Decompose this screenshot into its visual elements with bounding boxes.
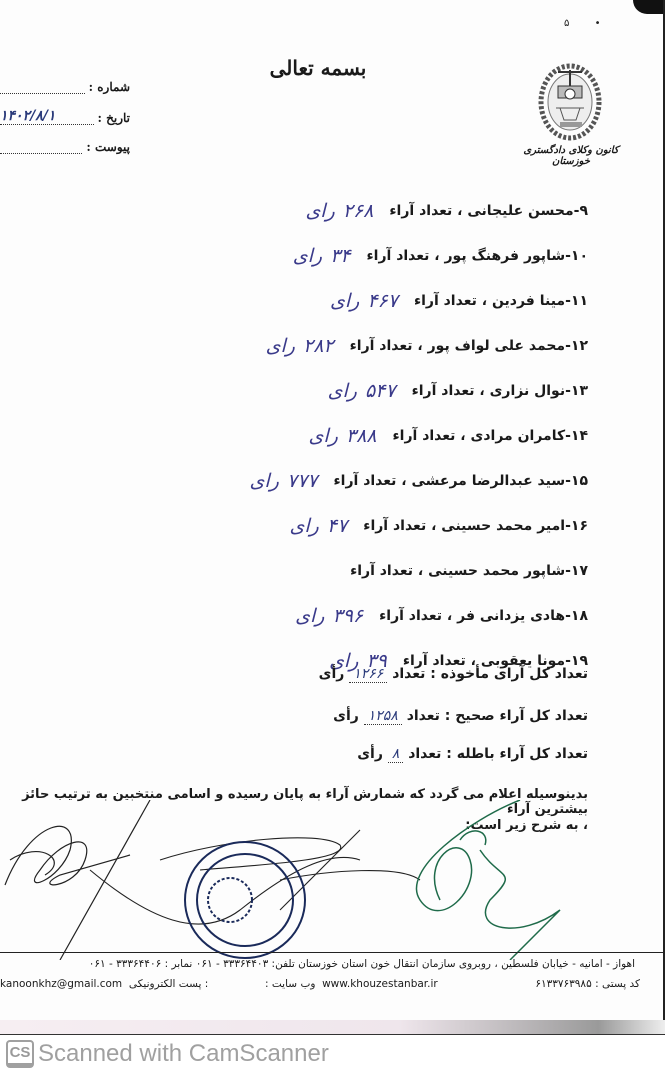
- signature-left: [5, 800, 150, 960]
- vote-unit: رای: [330, 290, 359, 312]
- vote-unit: رای: [328, 380, 357, 402]
- candidate-index: ۱۲: [571, 338, 588, 354]
- page-title: بسمه تعالی: [268, 56, 368, 80]
- attachment-label: پیوست :: [86, 140, 130, 154]
- votes-label: تعداد آراء: [393, 428, 456, 444]
- vote-count: ۷۷۷: [287, 470, 318, 492]
- candidate-index: ۱۳: [571, 383, 588, 399]
- votes-label: تعداد آراء: [367, 248, 430, 264]
- scanned-page: ۵ • بسمه تعالی کانون وکلای دادگستری خوزس…: [0, 0, 665, 1035]
- candidate-name: مینا فردین: [492, 293, 565, 309]
- total-void-value: ۸: [388, 746, 404, 763]
- votes-label: تعداد آراء: [363, 518, 426, 534]
- date-label: تاریخ :: [98, 111, 130, 125]
- bar-association-emblem-icon: [538, 58, 602, 142]
- candidate-name: شاپور محمد حسینی: [428, 563, 565, 579]
- total-unit: رأی: [333, 708, 359, 724]
- vote-unit: رای: [250, 470, 279, 492]
- total-void-votes: تعداد کل آراء باطله : تعداد ۸ رأی: [228, 746, 588, 762]
- email-label: پست الکترونیکی :: [129, 978, 208, 990]
- candidate-name: نوال نزاری: [490, 383, 566, 399]
- candidate-index: ۱۵: [571, 473, 588, 489]
- candidate-index: ۱۰: [571, 248, 588, 264]
- email-link[interactable]: kanoonkhz@gmail.com: [0, 978, 122, 990]
- postal-label: کد پستی :: [595, 978, 640, 990]
- camscanner-logo-icon: CS: [6, 1040, 34, 1068]
- official-stamp: [185, 842, 305, 958]
- candidate-name: امیر محمد حسینی: [441, 518, 565, 534]
- attachment-field: پیوست :: [0, 140, 130, 154]
- candidate-index: ۱۷: [571, 563, 588, 579]
- candidate-row: ۱۷-شاپور محمد حسینی ، تعداد آراء: [228, 548, 588, 593]
- postal-code: کد پستی : ۶۱۳۳۷۶۳۹۸۵: [535, 978, 640, 990]
- camscanner-watermark: CS Scanned with CamScanner: [6, 1040, 329, 1068]
- vote-unit: رای: [305, 200, 334, 222]
- scan-shadow: [0, 1020, 665, 1034]
- votes-label: تعداد آراء: [412, 383, 475, 399]
- candidate-row: ۱۸-هادی یزدانی فر ، تعداد آراء ۳۹۶رای: [228, 593, 588, 638]
- footer-divider: [0, 952, 665, 953]
- vote-count: ۳۴: [330, 245, 350, 267]
- website: www.khouzestanbar.ir وب سایت :: [265, 978, 438, 990]
- vote-count: ۲۶۸: [343, 200, 374, 222]
- votes-label: تعداد آراء: [350, 338, 413, 354]
- candidate-index: ۱۸: [571, 608, 588, 624]
- vote-count: ۴۷: [327, 515, 347, 537]
- website-label: وب سایت :: [265, 978, 315, 990]
- camscanner-text: Scanned with CamScanner: [38, 1040, 329, 1068]
- votes-label: تعداد آراء: [350, 563, 413, 579]
- page-mark: •: [595, 18, 601, 29]
- date-field: تاریخ : ۱۴۰۲/۸/۱: [0, 108, 130, 125]
- total-valid-value: ۱۲۵۸: [364, 708, 402, 725]
- candidate-row: ۱۰-شاپور فرهنگ پور ، تعداد آراء ۳۴رای: [228, 233, 588, 278]
- candidate-index: ۱۶: [571, 518, 588, 534]
- total-cast-votes: تعداد کل آرای مأخوذه : تعداد ۱۲۶۶ رأی: [228, 666, 588, 682]
- number-line: [0, 85, 85, 94]
- announcement-text: بدینوسیله اعلام می گردد که شمارش آراء به…: [0, 787, 588, 817]
- candidate-index: ۱۴: [571, 428, 588, 444]
- candidate-name: محمد علی لواف پور: [428, 338, 565, 354]
- total-valid-label: تعداد کل آراء صحیح : تعداد: [407, 708, 588, 724]
- website-link[interactable]: www.khouzestanbar.ir: [322, 978, 438, 990]
- email: kanoonkhz@gmail.com پست الکترونیکی :: [0, 978, 208, 990]
- vote-unit: رای: [309, 425, 338, 447]
- votes-label: تعداد آراء: [414, 293, 477, 309]
- votes-label: تعداد آراء: [379, 608, 442, 624]
- total-valid-votes: تعداد کل آراء صحیح : تعداد ۱۲۵۸ رأی: [228, 708, 588, 724]
- candidate-name: کامران مرادی: [471, 428, 566, 444]
- candidate-list: ۹-محسن علیجانی ، تعداد آراء ۲۶۸رای ۱۰-شا…: [228, 188, 588, 683]
- candidate-name: شاپور فرهنگ پور: [445, 248, 566, 264]
- candidate-row: ۱۴-کامران مرادی ، تعداد آراء ۳۸۸رای: [228, 413, 588, 458]
- page-mark: ۵: [564, 18, 569, 29]
- candidate-row: ۱۶-امیر محمد حسینی ، تعداد آراء ۴۷رای: [228, 503, 588, 548]
- number-field: شماره :: [0, 80, 130, 94]
- scan-edge: [633, 0, 663, 14]
- vote-unit: رای: [293, 245, 322, 267]
- postal-value: ۶۱۳۳۷۶۳۹۸۵: [535, 978, 591, 990]
- candidate-index: ۹: [579, 203, 588, 219]
- page-marks: ۵ •: [564, 18, 622, 29]
- vote-count: ۲۸۲: [303, 335, 334, 357]
- vote-unit: رای: [266, 335, 295, 357]
- attachment-line: [0, 145, 82, 154]
- vote-unit: رای: [295, 605, 324, 627]
- total-void-label: تعداد کل آراء باطله : تعداد: [408, 746, 588, 762]
- candidate-row: ۱۵-سید عبدالرضا مرعشی ، تعداد آراء ۷۷۷را…: [228, 458, 588, 503]
- candidate-index: ۱۱: [571, 293, 588, 309]
- signature-middle: [90, 830, 420, 924]
- candidate-name: هادی یزدانی فر: [457, 608, 565, 624]
- candidate-name: محسن علیجانی: [467, 203, 573, 219]
- candidate-row: ۹-محسن علیجانی ، تعداد آراء ۲۶۸رای: [228, 188, 588, 233]
- vote-unit: رای: [290, 515, 319, 537]
- total-cast-value: ۱۲۶۶: [349, 666, 387, 683]
- total-cast-label: تعداد کل آرای مأخوذه : تعداد: [392, 666, 588, 682]
- organization-name: کانون وکلای دادگستری خوزستان: [516, 145, 626, 167]
- votes-label: تعداد آراء: [389, 203, 452, 219]
- footer-address: اهواز - امانیه - خیابان فلسطین ، روبروی …: [0, 958, 635, 970]
- total-unit: رأی: [319, 666, 345, 682]
- candidate-row: ۱۱-مینا فردین ، تعداد آراء ۴۶۷رای: [228, 278, 588, 323]
- vote-count: ۵۴۷: [365, 380, 396, 402]
- candidate-row: ۱۲-محمد علی لواف پور ، تعداد آراء ۲۸۲رای: [228, 323, 588, 368]
- announcement-text-continued: ، به شرح زیر است:: [465, 818, 588, 833]
- votes-label: تعداد آراء: [334, 473, 397, 489]
- vote-count: ۴۶۷: [367, 290, 398, 312]
- total-unit: رأی: [357, 746, 383, 762]
- candidate-name: سید عبدالرضا مرعشی: [412, 473, 566, 489]
- number-label: شماره :: [89, 80, 130, 94]
- vote-count: ۳۹۶: [332, 605, 363, 627]
- date-value: ۱۴۰۲/۸/۱: [0, 108, 94, 125]
- vote-count: ۳۸۸: [346, 425, 377, 447]
- candidate-row: ۱۳-نوال نزاری ، تعداد آراء ۵۴۷رای: [228, 368, 588, 413]
